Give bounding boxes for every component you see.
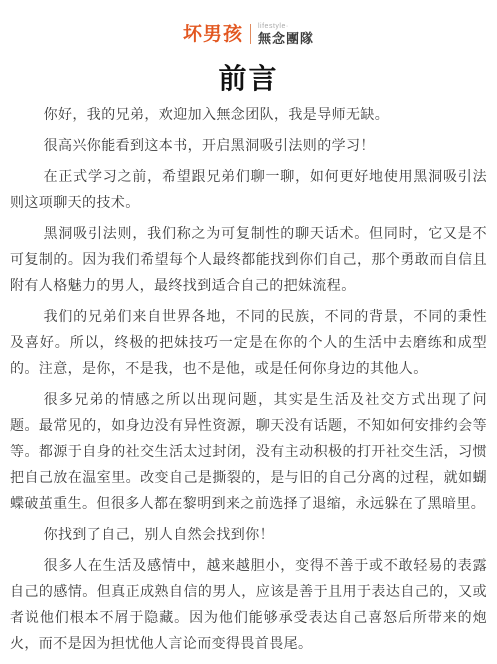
brand-logo-sub: lifestyle· 無念團隊 xyxy=(258,23,314,45)
paragraph-greeting: 你好，我的兄弟，欢迎加入無念团队，我是导师无缺。 xyxy=(10,101,487,127)
brand-header: 坏男孩 lifestyle· 無念團隊 xyxy=(10,20,487,48)
paragraph-replicable: 黑洞吸引法则，我们称之为可复制性的聊天话术。但同时，它又是不可复制的。因为我们希… xyxy=(10,220,487,298)
document-page: 坏男孩 lifestyle· 無念團隊 前言 你好，我的兄弟，欢迎加入無念团队，… xyxy=(0,0,497,664)
paragraph-find-yourself: 你找到了自己，别人自然会找到你！ xyxy=(10,521,487,547)
brand-logo-team-name: 無念團隊 xyxy=(258,32,314,45)
brand-logo-divider xyxy=(250,24,251,44)
paragraph-confidence: 很多人在生活及感情中，越来越胆小，变得不善于或不敢轻易的表露自己的感情。但真正成… xyxy=(10,552,487,656)
paragraph-welcome-book: 很高兴你能看到这本书，开启黑洞吸引法则的学习！ xyxy=(10,132,487,158)
paragraph-social-life: 很多兄弟的情感之所以出现问题，其实是生活及社交方式出现了问题。最常见的，如身边没… xyxy=(10,386,487,516)
document-body: 你好，我的兄弟，欢迎加入無念团队，我是导师无缺。 很高兴你能看到这本书，开启黑洞… xyxy=(10,101,487,656)
page-title: 前言 xyxy=(10,63,487,95)
brand-logo-tagline: lifestyle· xyxy=(258,23,289,30)
brand-logo-primary: 坏男孩 xyxy=(183,25,243,44)
paragraph-before-study: 在正式学习之前，希望跟兄弟们聊一聊，如何更好地使用黑洞吸引法则这项聊天的技术。 xyxy=(10,163,487,215)
paragraph-brothers: 我们的兄弟们来自世界各地，不同的民族，不同的背景，不同的秉性及喜好。所以，终极的… xyxy=(10,303,487,381)
